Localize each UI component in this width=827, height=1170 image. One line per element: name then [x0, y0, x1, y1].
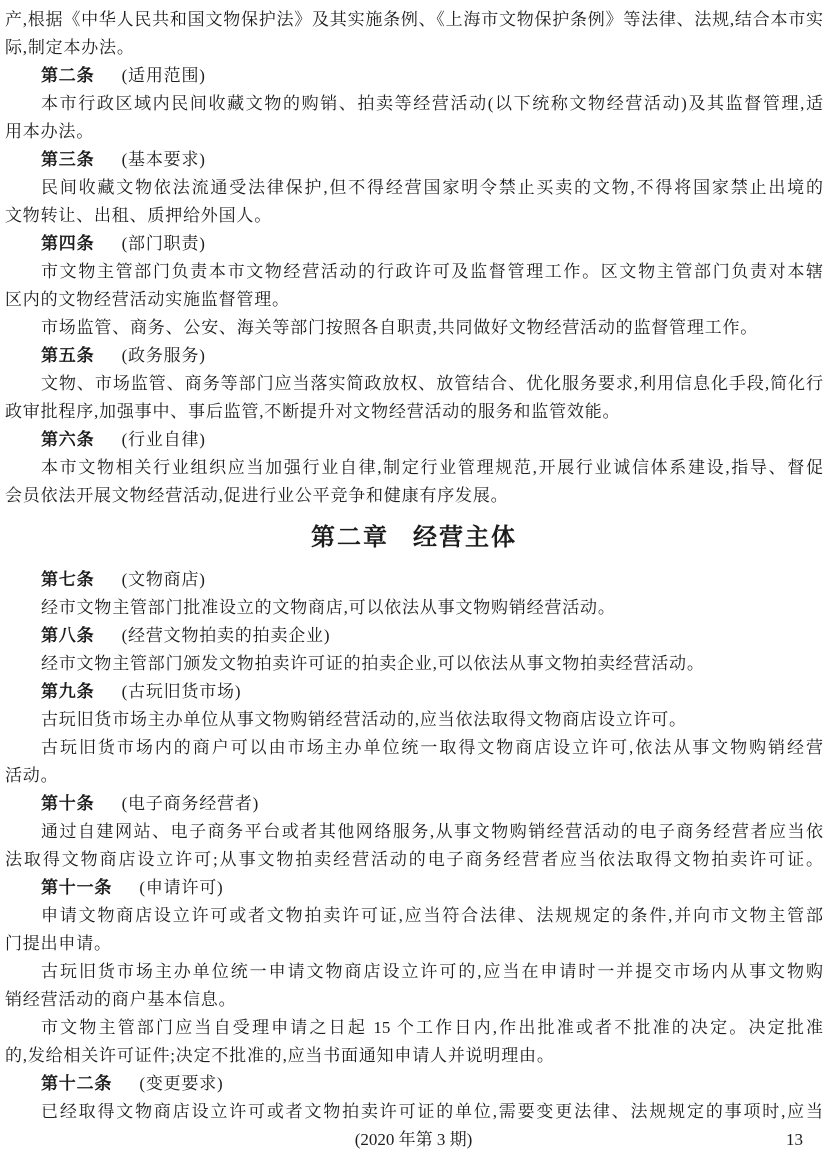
article-heading: 第五条(政务服务) — [5, 342, 823, 370]
text-line: 的,发给相关许可证件;决定不批准的,应当书面通知申请人并说明理由。 — [5, 1042, 823, 1070]
article-heading: 第二条(适用范围) — [5, 62, 823, 90]
article-number: 第五条 — [41, 346, 94, 365]
text-line: 际,制定本办法。 — [5, 34, 823, 62]
text-line: 销经营活动的商户基本信息。 — [5, 986, 823, 1014]
article-title: (政务服务) — [122, 346, 206, 365]
article-heading: 第七条(文物商店) — [5, 566, 823, 594]
text-line: 文物、市场监管、商务等部门应当落实简政放权、放管结合、优化服务要求,利用信息化手… — [5, 370, 823, 398]
article-title: (文物商店) — [122, 570, 206, 589]
text-line: 用本办法。 — [5, 118, 823, 146]
article-number: 第二条 — [41, 66, 94, 85]
article-title: (经营文物拍卖的拍卖企业) — [122, 626, 331, 645]
text-line: 活动。 — [5, 762, 823, 790]
text-line: 本市行政区域内民间收藏文物的购销、拍卖等经营活动(以下统称文物经营活动)及其监督… — [5, 90, 823, 118]
article-number: 第八条 — [41, 626, 94, 645]
document-body: 产,根据《中华人民共和国文物保护法》及其实施条例、《上海市文物保护条例》等法律、… — [0, 0, 827, 1126]
article-title: (适用范围) — [122, 66, 206, 85]
article-title: (基本要求) — [122, 150, 206, 169]
article-heading: 第十条(电子商务经营者) — [5, 790, 823, 818]
text-line: 古玩旧货市场主办单位统一申请文物商店设立许可的,应当在申请时一并提交市场内从事文… — [5, 958, 823, 986]
text-line: 通过自建网站、电子商务平台或者其他网络服务,从事文物购销经营活动的电子商务经营者… — [5, 818, 823, 846]
article-title: (电子商务经营者) — [122, 794, 260, 813]
article-number: 第四条 — [41, 234, 94, 253]
text-line: 会员依法开展文物经营活动,促进行业公平竞争和健康有序发展。 — [5, 482, 823, 510]
chapter-title: 经营主体 — [413, 524, 517, 551]
text-line: 市文物主管部门应当自受理申请之日起 15 个工作日内,作出批准或者不批准的决定。… — [5, 1014, 823, 1042]
text-line: 古玩旧货市场内的商户可以由市场主办单位统一取得文物商店设立许可,依法从事文物购销… — [5, 734, 823, 762]
text-line: 申请文物商店设立许可或者文物拍卖许可证,应当符合法律、法规规定的条件,并向市文物… — [5, 902, 823, 930]
text-line: 文物转让、出租、质押给外国人。 — [5, 202, 823, 230]
article-title: (部门职责) — [122, 234, 206, 253]
text-line: 区内的文物经营活动实施监督管理。 — [5, 286, 823, 314]
article-title: (古玩旧货市场) — [122, 682, 242, 701]
text-line: 产,根据《中华人民共和国文物保护法》及其实施条例、《上海市文物保护条例》等法律、… — [5, 6, 823, 34]
article-number: 第六条 — [41, 430, 94, 449]
text-line: 市场监管、商务、公安、海关等部门按照各自职责,共同做好文物经营活动的监督管理工作… — [5, 314, 823, 342]
article-number: 第七条 — [41, 570, 94, 589]
article-number: 第九条 — [41, 682, 94, 701]
article-heading: 第六条(行业自律) — [5, 426, 823, 454]
text-line: 古玩旧货市场主办单位从事文物购销经营活动的,应当依法取得文物商店设立许可。 — [5, 706, 823, 734]
text-line: 经市文物主管部门颁发文物拍卖许可证的拍卖企业,可以依法从事文物拍卖经营活动。 — [5, 650, 823, 678]
text-line: 民间收藏文物依法流通受法律保护,但不得经营国家明令禁止买卖的文物,不得将国家禁止… — [5, 174, 823, 202]
article-title: (行业自律) — [122, 430, 206, 449]
article-heading: 第八条(经营文物拍卖的拍卖企业) — [5, 622, 823, 650]
chapter-number: 第二章 — [311, 524, 389, 551]
page-footer: (2020 年第 3 期) 13 — [0, 1126, 827, 1154]
article-number: 第十条 — [41, 794, 94, 813]
article-title: (申请许可) — [139, 878, 223, 897]
article-number: 第十一条 — [41, 878, 112, 897]
article-number: 第十二条 — [41, 1074, 112, 1093]
page-number: 13 — [786, 1126, 803, 1154]
text-line: 市文物主管部门负责本市文物经营活动的行政许可及监督管理工作。区文物主管部门负责对… — [5, 258, 823, 286]
journal-issue: (2020 年第 3 期) — [355, 1130, 473, 1149]
text-line: 政审批程序,加强事中、事后监管,不断提升对文物经营活动的服务和监管效能。 — [5, 398, 823, 426]
article-heading: 第九条(古玩旧货市场) — [5, 678, 823, 706]
document-page: 产,根据《中华人民共和国文物保护法》及其实施条例、《上海市文物保护条例》等法律、… — [0, 0, 827, 1170]
article-title: (变更要求) — [139, 1074, 223, 1093]
text-line: 法取得文物商店设立许可;从事文物拍卖经营活动的电子商务经营者应当依法取得文物拍卖… — [5, 846, 823, 874]
text-line: 本市文物相关行业组织应当加强行业自律,制定行业管理规范,开展行业诚信体系建设,指… — [5, 454, 823, 482]
chapter-heading: 第二章经营主体 — [5, 520, 823, 556]
text-line: 已经取得文物商店设立许可或者文物拍卖许可证的单位,需要变更法律、法规规定的事项时… — [5, 1098, 823, 1126]
text-line: 经市文物主管部门批准设立的文物商店,可以依法从事文物购销经营活动。 — [5, 594, 823, 622]
text-line: 门提出申请。 — [5, 930, 823, 958]
article-heading: 第四条(部门职责) — [5, 230, 823, 258]
article-number: 第三条 — [41, 150, 94, 169]
article-heading: 第十二条(变更要求) — [5, 1070, 823, 1098]
article-heading: 第十一条(申请许可) — [5, 874, 823, 902]
article-heading: 第三条(基本要求) — [5, 146, 823, 174]
